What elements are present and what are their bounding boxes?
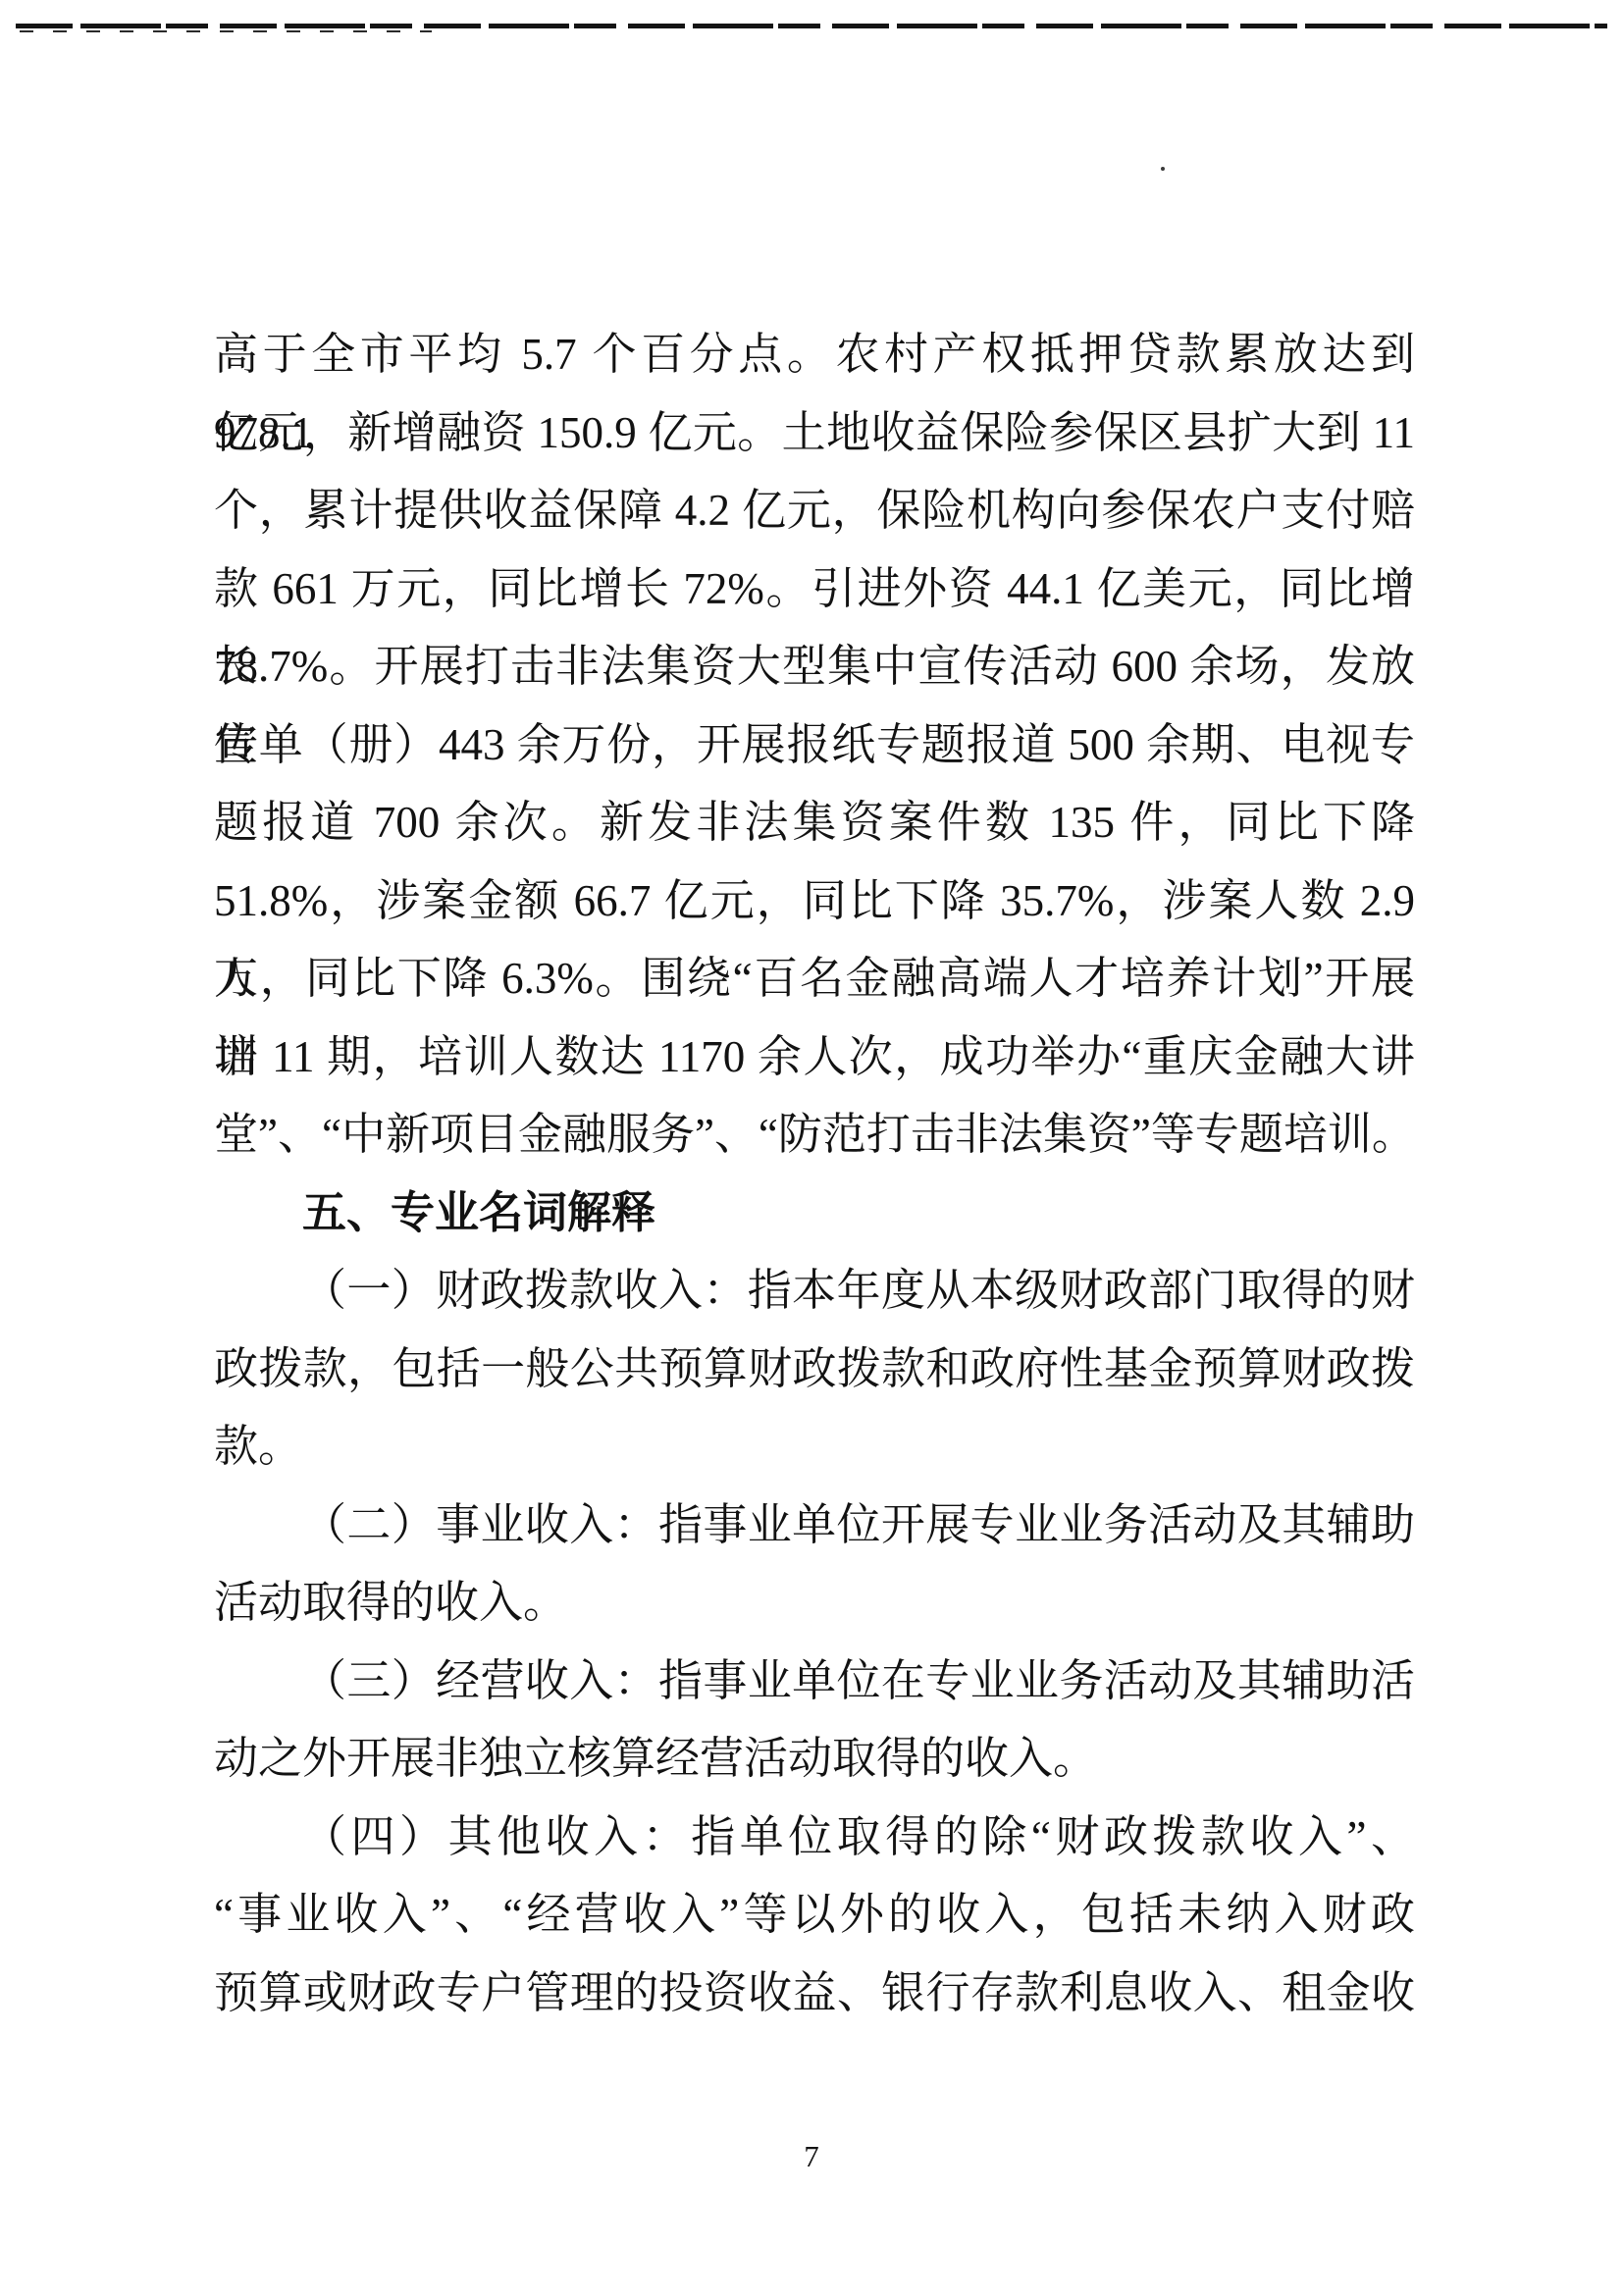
body-line: 亿元，新增融资 150.9 亿元。土地收益保险参保区县扩大到 11 bbox=[214, 394, 1415, 473]
scan-speck bbox=[1161, 167, 1165, 171]
body-line: 78.7%。开展打击非法集资大型集中宣传活动 600 余场，发放宣 bbox=[214, 628, 1415, 706]
body-line: （三）经营收入：指事业单位在专业业务活动及其辅助活 bbox=[214, 1643, 1415, 1721]
body-line: 51.8%，涉案金额 66.7 亿元，同比下降 35.7%，涉案人数 2.9 万 bbox=[214, 862, 1415, 941]
scan-artifact-line-fragment bbox=[20, 30, 432, 32]
body-line: 训 11 期，培训人数达 1170 余人次，成功举办“重庆金融大讲 bbox=[214, 1018, 1415, 1097]
body-line: 传单（册）443 余万份，开展报纸专题报道 500 余期、电视专 bbox=[214, 706, 1415, 785]
body-line: 款 661 万元，同比增长 72%。引进外资 44.1 亿美元，同比增长 bbox=[214, 550, 1415, 629]
body-line: （四）其他收入：指单位取得的除“财政拨款收入”、 bbox=[214, 1799, 1415, 1877]
document-body: 高于全市平均 5.7 个百分点。农村产权抵押贷款累放达到 978.1 亿元，新增… bbox=[214, 316, 1415, 2032]
body-line: 动之外开展非独立核算经营活动取得的收入。 bbox=[214, 1720, 1415, 1799]
body-line: （二）事业收入：指事业单位开展专业业务活动及其辅助 bbox=[214, 1487, 1415, 1565]
page-footer: 7 bbox=[0, 2140, 1623, 2173]
body-line: 活动取得的收入。 bbox=[214, 1564, 1415, 1643]
body-line: 款。 bbox=[214, 1408, 1415, 1487]
body-line: 题报道 700 余次。新发非法集资案件数 135 件，同比下降 bbox=[214, 784, 1415, 862]
body-line: 人，同比下降 6.3%。围绕“百名金融高端人才培养计划”开展培 bbox=[214, 940, 1415, 1018]
body-line: 预算或财政专户管理的投资收益、银行存款利息收入、租金收 bbox=[214, 1955, 1415, 2033]
scan-artifact-line bbox=[16, 24, 1607, 28]
body-line: 个，累计提供收益保障 4.2 亿元，保险机构向参保农户支付赔 bbox=[214, 472, 1415, 550]
body-line: “事业收入”、“经营收入”等以外的收入，包括未纳入财政 bbox=[214, 1876, 1415, 1955]
body-line: （一）财政拨款收入：指本年度从本级财政部门取得的财 bbox=[214, 1252, 1415, 1331]
body-line: 高于全市平均 5.7 个百分点。农村产权抵押贷款累放达到 978.1 bbox=[214, 316, 1415, 394]
page-number: 7 bbox=[804, 2139, 819, 2173]
body-line: 堂”、“中新项目金融服务”、“防范打击非法集资”等专题培训。 bbox=[214, 1096, 1415, 1174]
document-page: 高于全市平均 5.7 个百分点。农村产权抵押贷款累放达到 978.1 亿元，新增… bbox=[0, 0, 1623, 2296]
body-line: 政拨款，包括一般公共预算财政拨款和政府性基金预算财政拨 bbox=[214, 1331, 1415, 1409]
section-heading: 五、专业名词解释 bbox=[214, 1174, 1415, 1253]
